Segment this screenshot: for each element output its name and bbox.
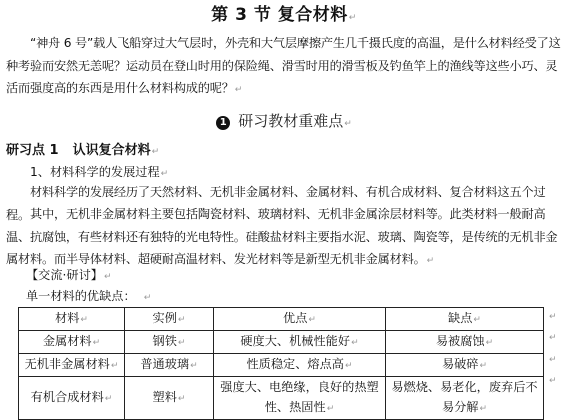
study-point-label: 研习点 1	[6, 143, 59, 158]
table-header-row: 材料↵ 实例↵ 优点↵ 缺点↵	[19, 308, 544, 331]
title-text: 第 3 节 复合材料	[211, 5, 348, 25]
discussion-text: 【交流·研讨】	[26, 268, 103, 282]
caption-text: 单一材料的优缺点：	[26, 289, 136, 303]
study-point-heading: 研习点 1认识复合材料↵	[6, 141, 159, 162]
table-cell: 塑料↵	[125, 377, 214, 420]
subheading-text: 1、材料科学的发展过程	[30, 165, 160, 179]
paragraph-mark: ↵	[161, 169, 169, 179]
table-cell: 易被腐蚀↵	[386, 331, 544, 354]
table-cell: 有机合成材料↵	[19, 377, 125, 420]
paragraph-mark: ↵	[349, 13, 357, 23]
row-end-mark: ↵	[549, 355, 557, 365]
table-cell: 硬度大、机械性能好↵	[214, 331, 386, 354]
materials-table: 材料↵ 实例↵ 优点↵ 缺点↵ 金属材料↵ 钢铁↵ 硬度大、机械性能好↵ 易被腐…	[18, 307, 544, 420]
row-end-mark: ↵	[549, 312, 557, 322]
discussion-label: 【交流·研讨】↵	[26, 266, 112, 286]
paragraph-mark: ↵	[235, 85, 242, 95]
row-end-mark: ↵	[549, 376, 557, 386]
header-cell: 优点↵	[214, 308, 386, 331]
table-cell: 金属材料↵	[19, 331, 125, 354]
intro-paragraph: “神舟 6 号”载人飞船穿过大气层时，外壳和大气层摩擦产生几千摄氏度的高温，是什…	[6, 32, 562, 102]
table-cell: 无机非金属材料↵	[19, 354, 125, 377]
document-title: 第 3 节 复合材料↵	[0, 4, 568, 29]
filled-circle-number-icon: 1	[216, 116, 230, 130]
table-row: 有机合成材料↵ 塑料↵ 强度大、电绝缘，良好的热塑性、热固性↵ 易燃烧、易老化，…	[19, 377, 544, 420]
table-cell: 易燃烧、易老化，废弃后不易分解↵	[386, 377, 544, 420]
body-paragraph-2: 其中，无机非金属材料主要包括陶瓷材料、玻璃材料、无机非金属涂层材料等。此类材料一…	[6, 203, 562, 273]
header-cell: 材料↵	[19, 308, 125, 331]
paragraph-mark: ↵	[344, 119, 352, 129]
intro-text: “神舟 6 号”载人飞船穿过大气层时，外壳和大气层摩擦产生几千摄氏度的高温，是什…	[6, 36, 561, 95]
row-end-mark: ↵	[549, 333, 557, 343]
table-row: 金属材料↵ 钢铁↵ 硬度大、机械性能好↵ 易被腐蚀↵	[19, 331, 544, 354]
paragraph-text: 其中，无机非金属材料主要包括陶瓷材料、玻璃材料、无机非金属涂层材料等。此类材料一…	[6, 207, 557, 266]
table-cell: 强度大、电绝缘，良好的热塑性、热固性↵	[214, 377, 386, 420]
table-row: 无机非金属材料↵ 普通玻璃↵ 性质稳定、熔点高↵ 易破碎↵	[19, 354, 544, 377]
paragraph-mark: ↵	[104, 272, 112, 282]
table-cell: 易破碎↵	[386, 354, 544, 377]
paragraph-mark: ↵	[152, 147, 160, 157]
section-heading: 1研习教材重难点↵	[0, 110, 568, 135]
paragraph-mark: ↵	[427, 256, 434, 266]
section-title: 研习教材重难点	[238, 112, 343, 130]
table-caption: 单一材料的优缺点：↵	[26, 287, 151, 307]
header-cell: 缺点↵	[386, 308, 544, 331]
paragraph-mark: ↵	[144, 293, 152, 303]
table-cell: 普通玻璃↵	[125, 354, 214, 377]
table-cell: 性质稳定、熔点高↵	[214, 354, 386, 377]
header-cell: 实例↵	[125, 308, 214, 331]
table-cell: 钢铁↵	[125, 331, 214, 354]
study-point-title: 认识复合材料	[73, 143, 151, 158]
